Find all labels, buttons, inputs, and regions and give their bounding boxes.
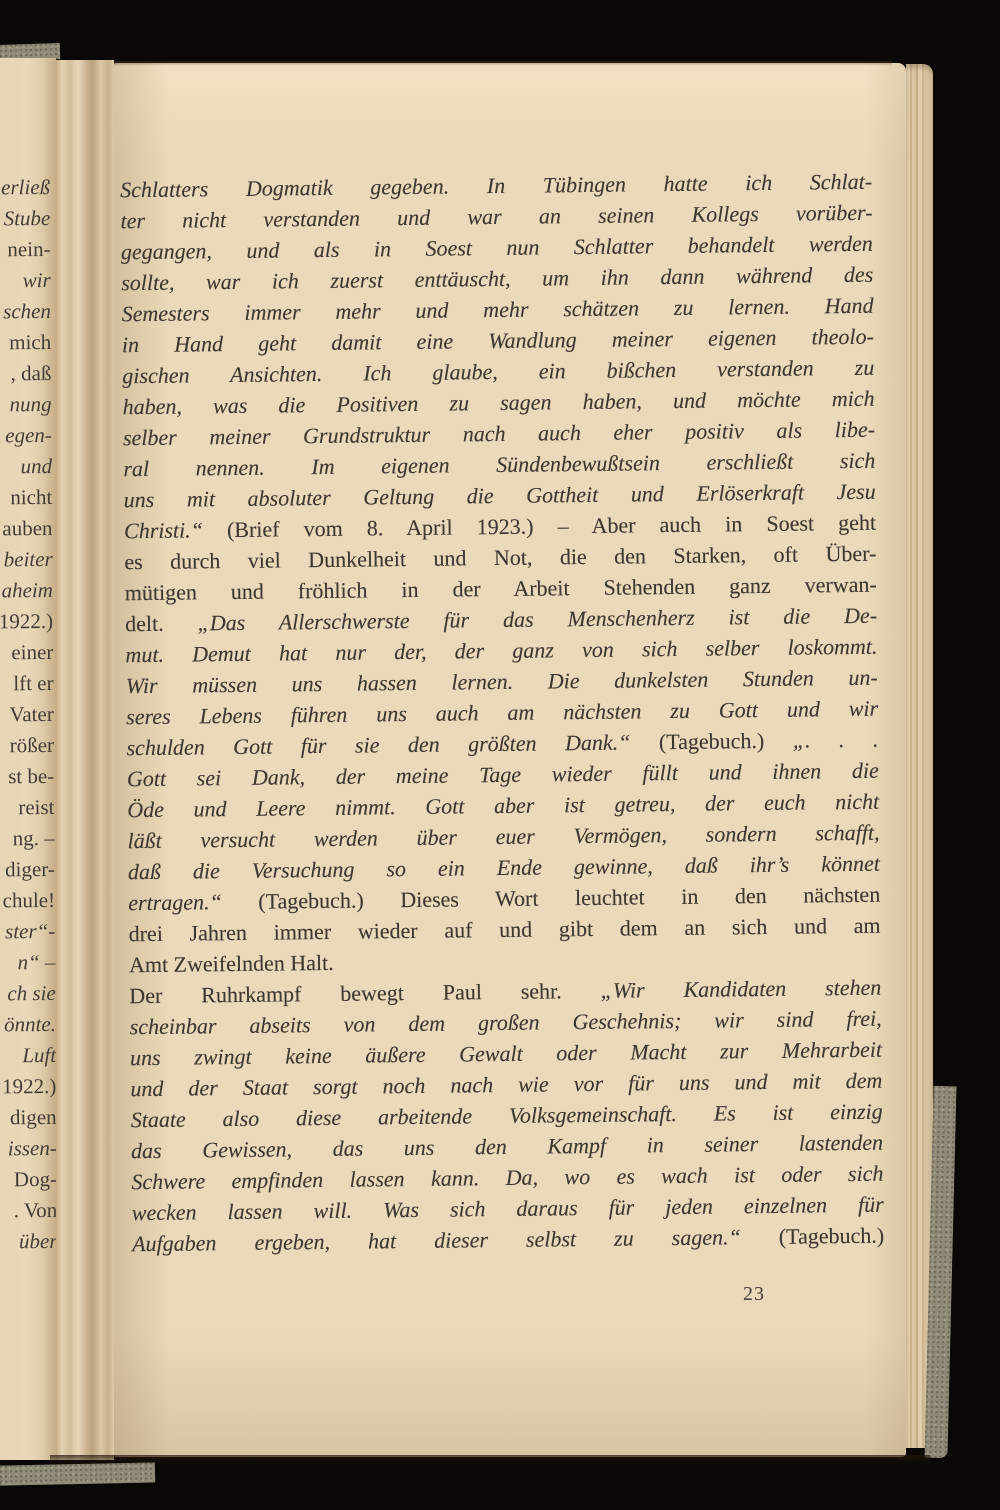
- gutter-fold: [56, 60, 114, 1460]
- left-page-fragment-line: auben: [0, 513, 53, 546]
- left-page-fragment-line: önnte.: [0, 1009, 56, 1042]
- left-page-fragment-line: , daß: [0, 358, 52, 391]
- page-top-edge-shadow: [114, 61, 892, 66]
- left-page-fragment-line: diger-: [0, 854, 55, 887]
- left-page-fragment-line: Vater: [0, 699, 54, 732]
- left-page-fragment-line: st be-: [0, 761, 54, 794]
- left-page-fragment-line: beiter: [0, 544, 53, 577]
- left-page-sliver: erließStubenein-wirschenmich, daßnungege…: [0, 58, 56, 1460]
- left-page-fragment-line: egen-: [0, 420, 52, 453]
- cloth-cover-bottom-left: [0, 1462, 155, 1485]
- left-page-fragment-line: einer: [0, 637, 53, 670]
- left-page-fragment-line: nein-: [0, 234, 51, 267]
- left-page-fragment-line: und: [0, 451, 52, 484]
- left-page-fragment-line: n“ –: [0, 947, 56, 980]
- left-page-fragment-line: aheim: [0, 575, 53, 608]
- left-page-fragment-line: ch sie: [0, 978, 56, 1011]
- left-page-fragment-line: Dog-: [0, 1164, 56, 1197]
- page-number: 23: [743, 1283, 765, 1306]
- left-page-fragment-line: ng. –: [0, 823, 55, 856]
- left-page-fragment-line: issen-: [0, 1133, 56, 1166]
- left-page-fragment-line: chule!: [0, 885, 55, 918]
- left-page-fragment-line: lft er: [0, 668, 54, 701]
- text-block: Schlatters Dogmatik gegeben. In Tübingen…: [120, 166, 884, 1259]
- left-page-fragment-line: wir: [0, 265, 51, 298]
- left-page-fragment-line: nung: [0, 389, 52, 422]
- left-page-fragment-line: digen: [0, 1102, 56, 1135]
- left-page-fragment-line: rößer: [0, 730, 54, 763]
- left-page-fragment-line: ster“-: [0, 916, 55, 949]
- left-page-fragment-line: mich: [0, 327, 51, 360]
- book-photo: erließStubenein-wirschenmich, daßnungege…: [0, 0, 1000, 1510]
- left-page-fragment-line: nicht: [0, 482, 52, 515]
- left-page-fragment-line: . Von: [0, 1195, 56, 1228]
- left-page-fragment-line: schen: [0, 296, 51, 329]
- left-page-fragment-line: Stube: [0, 203, 50, 236]
- left-page-fragment-line: reist: [0, 792, 55, 825]
- page-bottom-shadow: [50, 1455, 930, 1465]
- left-page-fragment-line: über: [0, 1226, 56, 1259]
- left-page-fragments: erließStubenein-wirschenmich, daßnungege…: [0, 172, 56, 1259]
- left-page-fragment-line: 1922.): [0, 606, 53, 639]
- left-page-fragment-line: Luft: [0, 1040, 56, 1073]
- left-page-fragment-line: 1922.): [0, 1071, 56, 1104]
- left-page-fragment-line: erließ: [0, 172, 50, 205]
